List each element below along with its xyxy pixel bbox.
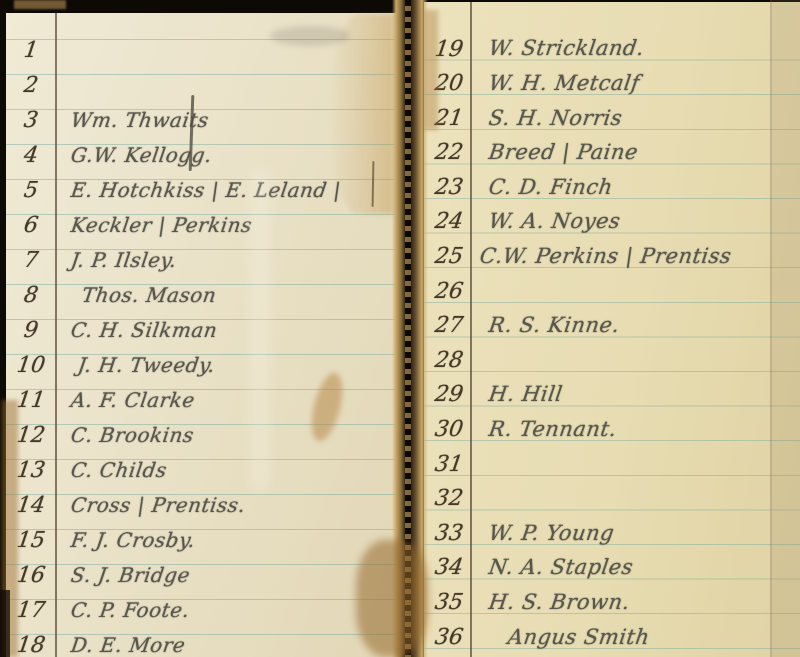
ledger-row: 34N. A. Staples (424, 545, 800, 580)
row-number: 32 (422, 487, 475, 510)
ledger-row: 9C. H. Silkman (6, 307, 396, 342)
row-number: 29 (422, 383, 475, 406)
row-number: 14 (4, 494, 57, 517)
ledger-row: 24W. A. Noyes (424, 199, 800, 234)
row-name: Breed | Paine (487, 140, 639, 164)
row-name: S. H. Norris (487, 106, 624, 130)
row-number: 2 (4, 74, 57, 97)
row-name: D. E. More (69, 634, 187, 657)
ledger-row: 33W. P. Young (424, 510, 800, 545)
row-number: 3 (4, 109, 57, 132)
ledger-row: 26 (424, 268, 800, 303)
row-number: 4 (4, 144, 57, 167)
row-number: 31 (422, 453, 475, 476)
row-name: Keckler | Perkins (69, 214, 253, 237)
left-page: 1 2 3Wm. Thwaits 4G.W. Kellogg. 5E. Hotc… (6, 13, 396, 657)
row-number: 24 (422, 210, 475, 233)
row-number: 28 (422, 349, 475, 372)
ledger-row: 31 (424, 441, 800, 476)
row-number: 8 (4, 284, 57, 307)
row-name: A. F. Clarke (69, 389, 196, 412)
binding-gutter (392, 0, 428, 657)
row-name: N. A. Staples (487, 555, 635, 579)
row-number: 34 (422, 556, 475, 579)
row-number: 19 (422, 38, 475, 61)
ledger-row: 4G.W. Kellogg. (6, 132, 396, 167)
row-name: W. Strickland. (487, 36, 646, 60)
ledger-row: 18D. E. More (6, 622, 396, 657)
row-number: 15 (4, 529, 57, 552)
ledger-row: 8Thos. Mason (6, 272, 396, 307)
row-name: W. A. Noyes (487, 209, 622, 233)
row-number: 11 (4, 389, 57, 412)
row-number: 36 (422, 626, 475, 649)
ledger-row: 13C. Childs (6, 447, 396, 482)
row-name: C. D. Finch (487, 175, 614, 199)
ledger-row: 20W. H. Metcalf (424, 61, 800, 96)
row-number: 7 (4, 249, 57, 272)
row-number: 9 (4, 319, 57, 342)
ledger-row: 30R. Tennant. (424, 407, 800, 442)
stain (14, 0, 66, 9)
ledger-row: 2 (6, 62, 396, 97)
row-number: 30 (422, 418, 475, 441)
row-name: C. H. Silkman (69, 319, 219, 342)
left-page-rows: 1 2 3Wm. Thwaits 4G.W. Kellogg. 5E. Hotc… (6, 27, 396, 657)
row-name: R. Tennant. (487, 417, 618, 441)
ledger-row: 35H. S. Brown. (424, 580, 800, 615)
row-name: E. Hotchkiss | E. Leland | (69, 179, 342, 202)
row-name: Cross | Prentiss. (69, 494, 247, 517)
row-number: 22 (422, 141, 475, 164)
row-name: H. Hill (487, 382, 564, 406)
row-name: C.W. Perkins | Prentiss (478, 244, 733, 268)
row-number: 20 (422, 72, 475, 95)
ledger-photo: 1 2 3Wm. Thwaits 4G.W. Kellogg. 5E. Hotc… (0, 0, 800, 657)
right-page-rows: 19W. Strickland. 20W. H. Metcalf 21S. H.… (424, 26, 800, 649)
ledger-row: 17C. P. Foote. (6, 587, 396, 622)
row-name: R. S. Kinne. (487, 313, 621, 337)
row-number: 13 (4, 459, 57, 482)
ledger-row: 10J. H. Tweedy. (6, 342, 396, 377)
row-number: 27 (422, 314, 475, 337)
row-number: 17 (4, 599, 57, 622)
row-name: J. P. Ilsley. (69, 249, 178, 272)
ledger-row: 22Breed | Paine (424, 130, 800, 165)
ledger-row: 5E. Hotchkiss | E. Leland | (6, 167, 396, 202)
ledger-row: 6Keckler | Perkins (6, 202, 396, 237)
ledger-row: 29H. Hill (424, 372, 800, 407)
ledger-row: 3Wm. Thwaits (6, 97, 396, 132)
row-name: J. H. Tweedy. (76, 354, 216, 377)
row-name: W. H. Metcalf (487, 71, 641, 95)
row-number: 18 (4, 634, 57, 657)
row-name: Angus Smith (506, 625, 651, 649)
ledger-row: 7J. P. Ilsley. (6, 237, 396, 272)
row-name: S. J. Bridge (69, 564, 191, 587)
row-number: 35 (422, 591, 475, 614)
ledger-row: 11A. F. Clarke (6, 377, 396, 412)
row-name: W. P. Young (487, 521, 616, 545)
row-number: 21 (422, 107, 475, 130)
row-number: 33 (422, 522, 475, 545)
row-name: Thos. Mason (80, 284, 218, 307)
ledger-row: 1 (6, 27, 396, 62)
ledger-row: 14Cross | Prentiss. (6, 482, 396, 517)
row-number: 16 (4, 564, 57, 587)
ledger-row: 23C. D. Finch (424, 164, 800, 199)
ledger-row: 32 (424, 476, 800, 511)
row-name: C. Brookins (69, 424, 195, 447)
ledger-row: 21S. H. Norris (424, 95, 800, 130)
row-number: 26 (422, 280, 475, 303)
row-number: 10 (4, 354, 57, 377)
row-name: C. Childs (69, 459, 168, 482)
ledger-row: 36Angus Smith (424, 614, 800, 649)
row-number: 5 (4, 179, 57, 202)
row-number: 6 (4, 214, 57, 237)
row-number: 1 (4, 39, 57, 62)
row-number: 23 (422, 176, 475, 199)
ledger-row: 28 (424, 337, 800, 372)
ledger-row: 27R. S. Kinne. (424, 303, 800, 338)
row-name: H. S. Brown. (487, 590, 631, 614)
right-page: 19W. Strickland. 20W. H. Metcalf 21S. H.… (424, 2, 800, 657)
row-number: 25 (422, 245, 475, 268)
ledger-row: 12C. Brookins (6, 412, 396, 447)
ledger-row: 15F. J. Crosby. (6, 517, 396, 552)
row-name: C. P. Foote. (69, 599, 191, 622)
binding-stitch (405, 0, 411, 657)
row-name: F. J. Crosby. (69, 529, 196, 552)
ledger-row: 16S. J. Bridge (6, 552, 396, 587)
row-number: 12 (4, 424, 57, 447)
ledger-row: 25C.W. Perkins | Prentiss (424, 234, 800, 269)
ledger-row: 19W. Strickland. (424, 26, 800, 61)
